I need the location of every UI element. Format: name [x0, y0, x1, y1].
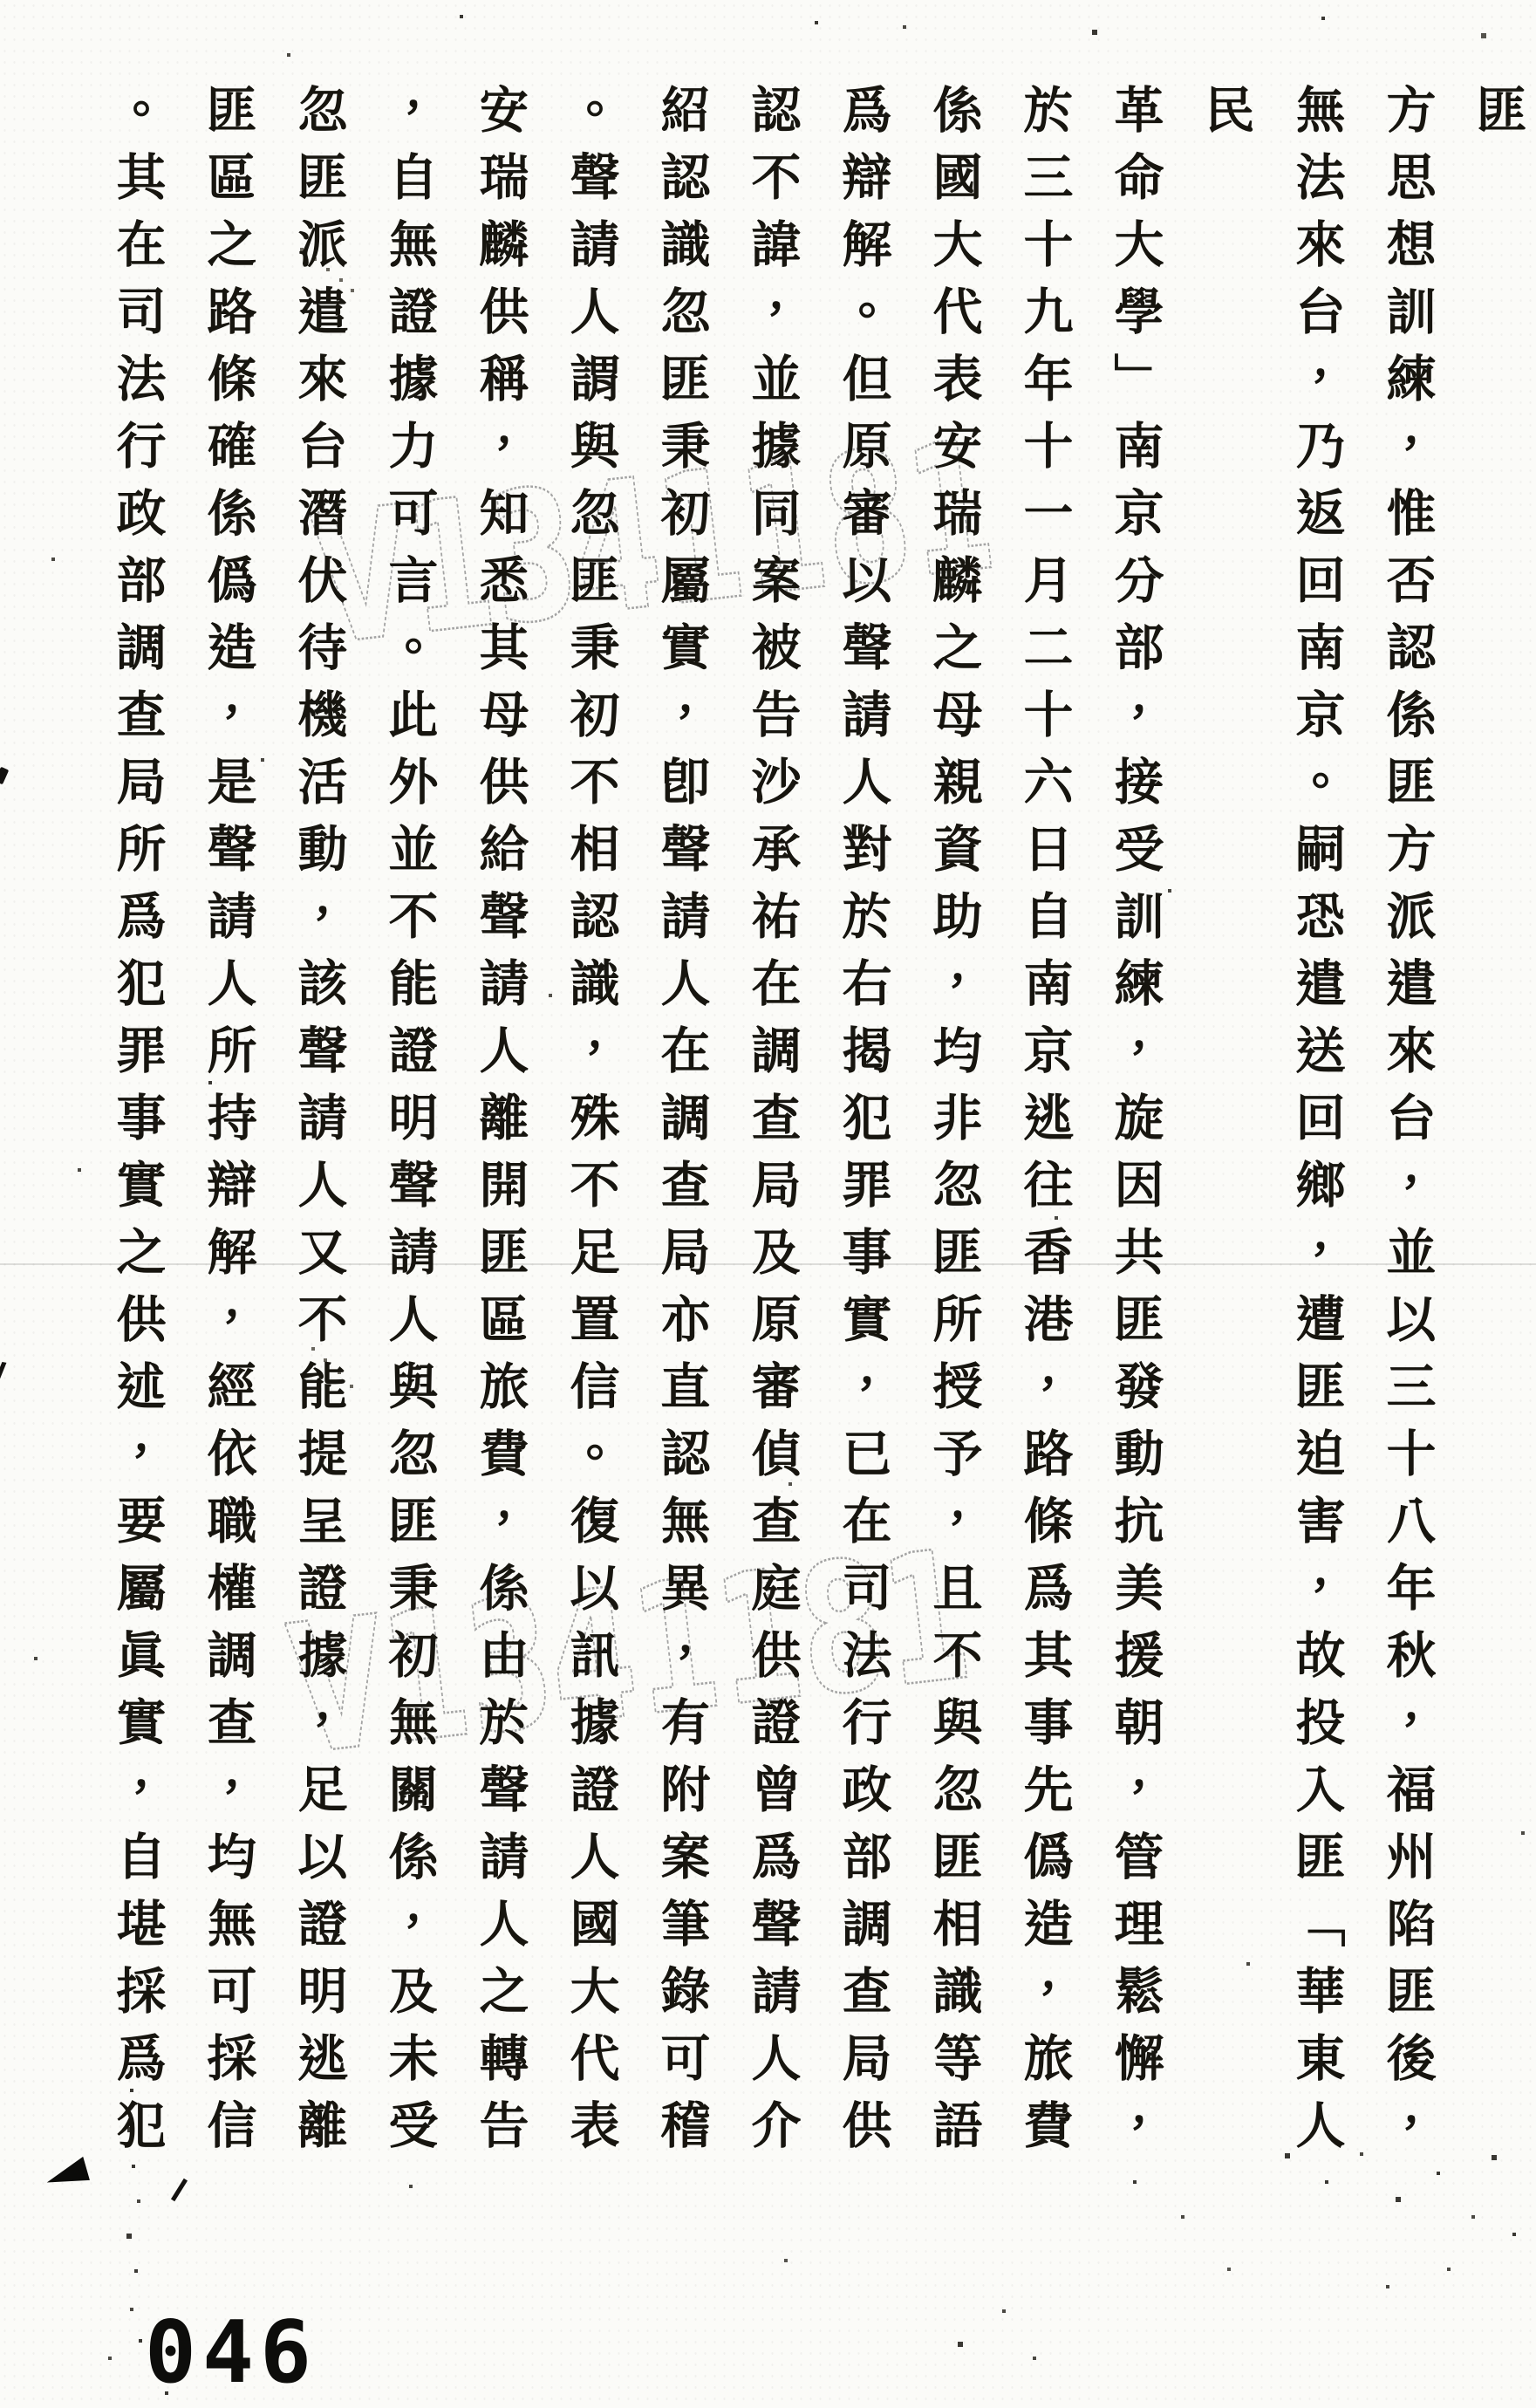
- text-column-10: 。聲請人謂與忽匪秉初不相認識，殊不足置信。復以訊據證人國大代表: [544, 84, 635, 2195]
- vertical-text-block: 丶丿彡亻 起訴等情 。聲請人在審理中雖僅承認於三十 八年底，至三十九年十一月，在…: [91, 84, 1536, 2195]
- ink-blob-mark: [43, 2157, 90, 2192]
- text-column-12: ，自無證據力可言。此外並不能證明聲請人與忽匪秉初無關係，及未受: [363, 84, 454, 2195]
- text-column-14: 匪區之路條確係僞造，是聲請人所持辯解，經依職權調查，均無可採信: [181, 84, 272, 2195]
- text-column-2: 方思想訓練，惟否認係匪方派遣來台，並以三十八年秋，福州陷匪後，: [1361, 84, 1451, 2195]
- text-column-15: 。其在司法行政部調查局所爲犯罪事實之供述，要屬眞實，自堪採爲犯: [91, 84, 181, 2195]
- left-margin-mark: [0, 767, 9, 785]
- page-number: 046: [145, 2303, 317, 2403]
- scanned-document-page: V1341181 V1341181 丶丿彡亻 起訴等情 。聲請人在審理中雖僅承認…: [0, 0, 1536, 2408]
- text-column-9: 紹認識忽匪秉初屬實，卽聲請人在調查局亦直認無異，有附案筆錄可稽: [635, 84, 726, 2195]
- text-column-8: 認不諱，並據同案被告沙承祐在調查局及原審偵查庭供證曾爲聲請人介: [726, 84, 816, 2195]
- text-column-1: 八年底，至三十九年十一月，在匪「華東人民革命大學」南京分部接受匪: [1451, 84, 1536, 2195]
- text-column-13: 忽匪派遣來台潛伏待機活動，該聲請人又不能提呈證據，足以證明逃離: [272, 84, 363, 2195]
- text-column-4: 革命大學」南京分部，接受訓練，旋因共匪發動抗美援朝，管理鬆懈，: [1089, 84, 1179, 2195]
- text-column-3: 無法來台，乃返回南京。嗣恐遣送回鄉，遭匪迫害，故投入匪「華東人民: [1179, 84, 1361, 2195]
- left-margin-angle-mark: [0, 1362, 21, 1385]
- text-column-6: 係國大代表安瑞麟之母親資助，均非忽匪所授予，且不與忽匪相識等語: [907, 84, 998, 2195]
- text-column-11: 安瑞麟供稱，知悉其母供給聲請人離開匪區旅費，係由於聲請人之轉告: [454, 84, 544, 2195]
- text-column-5: 於三十九年十一月二十六日自南京逃往香港，路條爲其事先僞造，旅費: [998, 84, 1089, 2195]
- ink-noise-specks: [0, 0, 2, 2]
- text-column-7: 爲辯解。但原審以聲請人對於右揭犯罪事實，已在司法行政部調查局供: [816, 84, 907, 2195]
